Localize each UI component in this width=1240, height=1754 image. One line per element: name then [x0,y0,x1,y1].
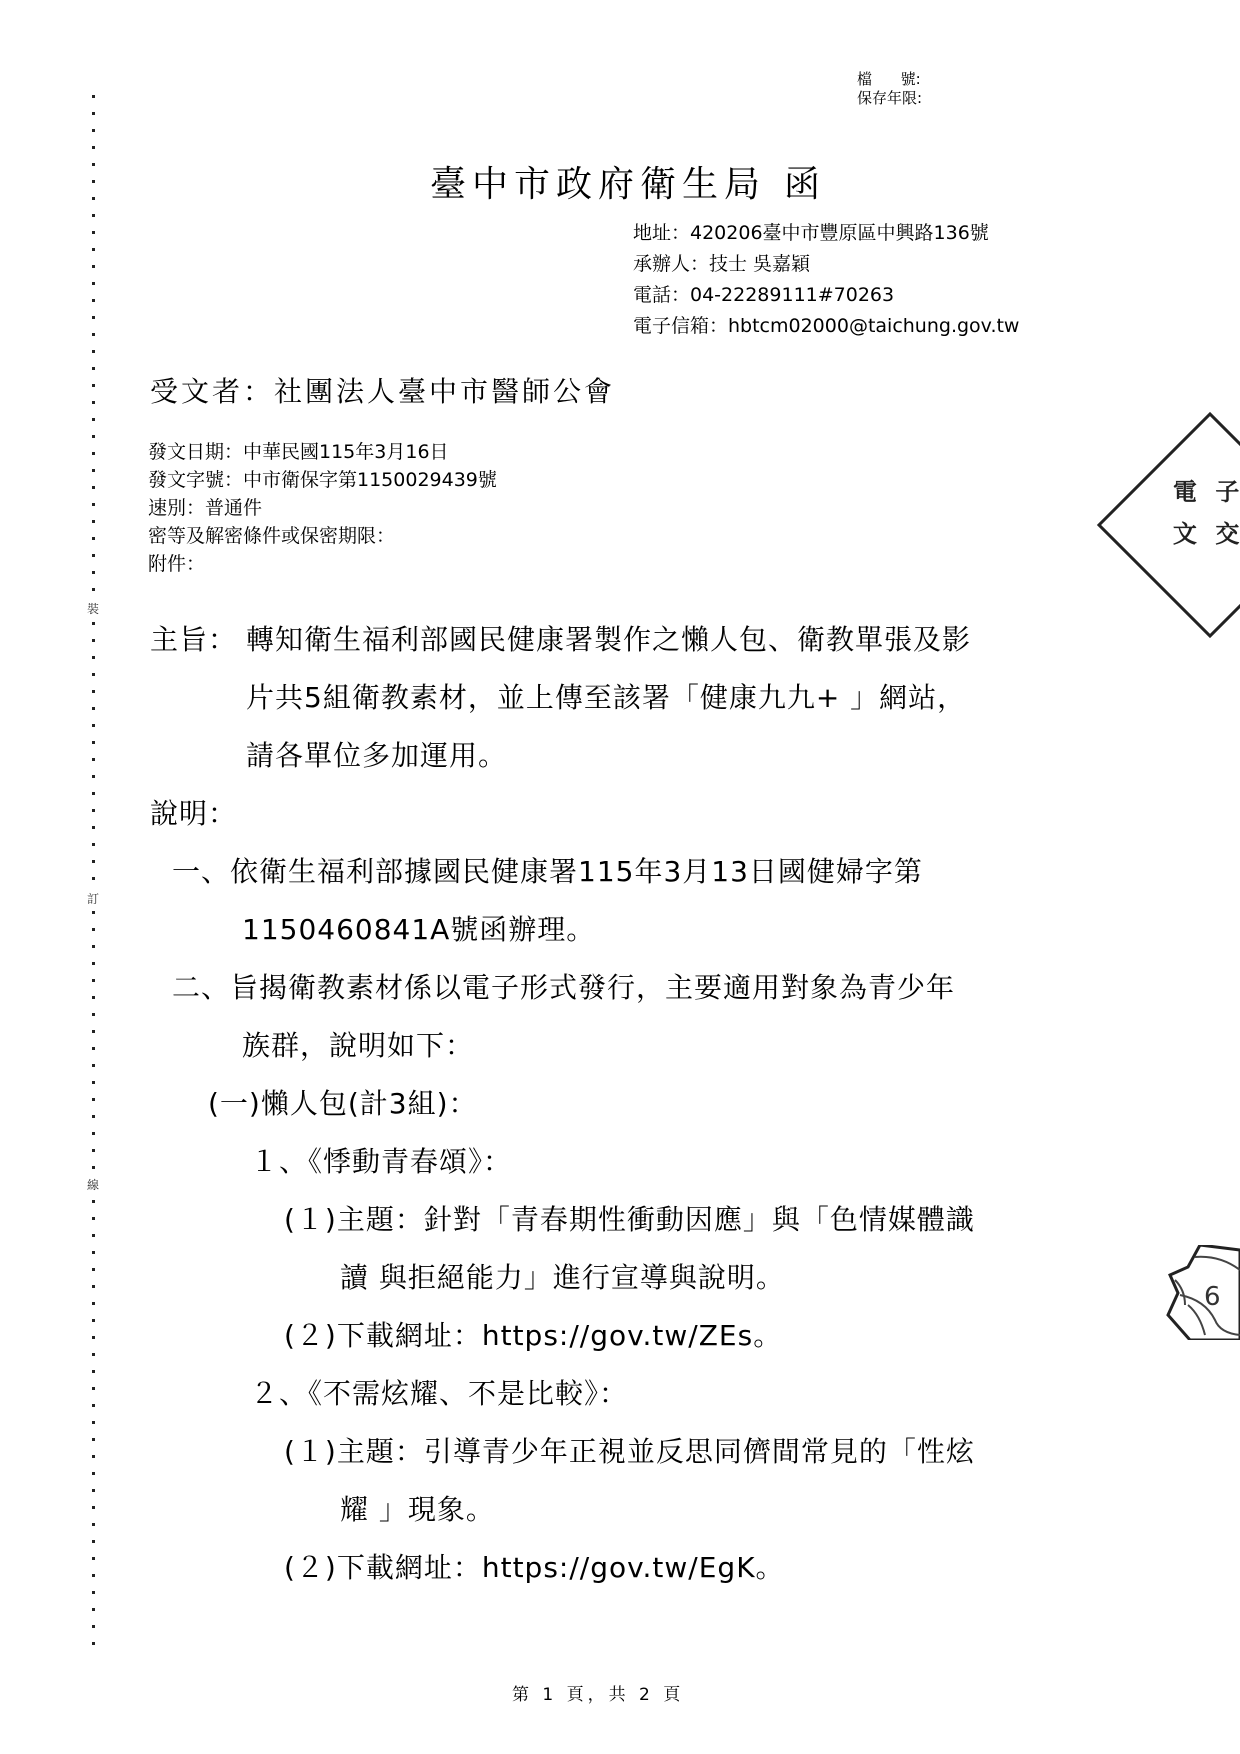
margin-dot [92,333,95,336]
margin-dot [92,1302,95,1305]
margin-dot [92,809,95,812]
margin-dot [92,1064,95,1067]
margin-dot [92,1404,95,1407]
reference-number: 發文字號：中市衛保字第1150029439號 [148,466,497,494]
margin-dot [92,860,95,863]
margin-dot [92,826,95,829]
margin-dot [92,1421,95,1424]
margin-dot [92,1234,95,1237]
margin-dot [92,1540,95,1543]
margin-dot [92,112,95,115]
margin-dot [92,1319,95,1322]
handler: 承辦人：技士 吳嘉穎 [633,249,1019,280]
explanation-item: 1150460841A號函辦理。 [242,908,595,948]
margin-dot [92,129,95,132]
package-theme: 讀 與拒絕能力」進行宣導與說明。 [340,1256,785,1296]
margin-dot [92,1642,95,1645]
margin-dot [92,996,95,999]
margin-dot [92,673,95,676]
confidentiality: 密等及解密條件或保密期限： [148,522,497,550]
margin-dot [92,1166,95,1169]
margin-dot [92,911,95,914]
margin-dot [92,214,95,217]
margin-dot [92,1438,95,1441]
margin-dot [92,95,95,98]
margin-dot [92,962,95,965]
margin-label-line: 線 [87,1178,99,1192]
margin-dot [92,1370,95,1373]
margin-dot [92,469,95,472]
margin-dot [92,707,95,710]
explanation-item: 二、旨揭衛教素材係以電子形式發行，主要適用對象為青少年 [172,966,955,1006]
margin-dot [92,724,95,727]
margin-dot [92,435,95,438]
margin-dot [92,367,95,370]
package-title: ２、《不需炫耀、不是比較》： [250,1372,628,1412]
margin-dot [92,1353,95,1356]
margin-dot [92,384,95,387]
margin-dot [92,1472,95,1475]
seal-char: 文 [1173,514,1197,549]
sub-heading: (一)懶人包(計3組)： [208,1082,478,1122]
address: 地址：420206臺中市豐原區中興路136號 [633,218,1019,249]
electronic-seal-stamp: 電 子 文 交 [1097,412,1240,638]
margin-dot [92,350,95,353]
svg-text:6: 6 [1204,1282,1221,1312]
attachments: 附件： [148,550,497,578]
margin-dot [92,146,95,149]
margin-dot [92,197,95,200]
margin-dot [92,758,95,761]
margin-dot [92,928,95,931]
margin-dot [92,1506,95,1509]
package-theme: 耀 」現象。 [340,1488,495,1528]
margin-dot [92,1098,95,1101]
margin-dot [92,401,95,404]
margin-dot [92,690,95,693]
file-info: 檔 號: 保存年限: [857,70,922,108]
margin-dot [92,1285,95,1288]
page-title: 臺中市政府衛生局函 [430,156,826,207]
margin-dot [92,775,95,778]
subject-line: 片共5組衛教素材，並上傳至該署「健康九九+ 」網站， [246,676,966,716]
margin-dot [92,622,95,625]
margin-dot [92,180,95,183]
margin-dot [92,248,95,251]
agency-name: 臺中市政府衛生局 [430,164,766,205]
margin-label-bind: 裝 [87,602,99,616]
margin-dot [92,316,95,319]
package-theme: (１)主題：引導青少年正視並反思同儕間常見的「性炫 [284,1430,975,1470]
margin-dot [92,1557,95,1560]
margin-dot [92,843,95,846]
seal-char: 電 [1173,472,1197,507]
page-seam-seal-icon: 6 [1160,1245,1240,1340]
margin-dot [92,588,95,591]
margin-dot [92,231,95,234]
explanation-label: 說明： [150,792,237,832]
margin-dot [92,1030,95,1033]
margin-dot [92,418,95,421]
phone: 電話：04-22289111#70263 [633,280,1019,311]
margin-dot [92,520,95,523]
priority: 速別：普通件 [148,494,497,522]
margin-dot [92,1047,95,1050]
margin-dot [92,656,95,659]
margin-dot [92,1081,95,1084]
margin-dot [92,1217,95,1220]
margin-dot [92,1268,95,1271]
seal-char: 交 [1215,514,1239,549]
margin-dot [92,1591,95,1594]
page-number: 第 1 頁，共 2 頁 [512,1680,684,1705]
issue-date: 發文日期：中華民國115年3月16日 [148,438,497,466]
margin-dot [92,979,95,982]
margin-dot [92,1115,95,1118]
margin-dot [92,1200,95,1203]
margin-dot [92,1523,95,1526]
margin-dot [92,1336,95,1339]
margin-dot [92,1455,95,1458]
subject-label: 主旨： [150,618,237,658]
margin-dot [92,741,95,744]
binding-margin: 裝 訂 線 [87,95,101,1695]
seal-char: 子 [1215,472,1239,507]
margin-dot [92,1013,95,1016]
margin-dot [92,1574,95,1577]
margin-label-staple: 訂 [87,892,99,906]
margin-dot [92,792,95,795]
recipient: 受文者：社團法人臺中市醫師公會 [150,370,615,410]
margin-dot [92,1608,95,1611]
margin-dot [92,503,95,506]
contact-block: 地址：420206臺中市豐原區中興路136號 承辦人：技士 吳嘉穎 電話：04-… [633,218,1019,342]
margin-dot [92,1625,95,1628]
margin-dot [92,877,95,880]
margin-dot [92,1387,95,1390]
subject-line: 轉知衛生福利部國民健康署製作之懶人包、衛教單張及影 [246,618,971,658]
package-url[interactable]: (２)下載網址：https://gov.tw/ZEs。 [284,1314,782,1354]
margin-dot [92,945,95,948]
margin-dot [92,163,95,166]
file-number-label: 檔 號: [857,70,922,89]
explanation-item: 一、依衛生福利部據國民健康署115年3月13日國健婦字第 [172,850,923,890]
document-meta: 發文日期：中華民國115年3月16日 發文字號：中市衛保字第1150029439… [148,438,497,578]
margin-dot [92,554,95,557]
margin-dot [92,537,95,540]
explanation-item: 族群，說明如下： [242,1024,474,1064]
doc-type: 函 [784,164,826,205]
package-title: １、《悸動青春頌》： [250,1140,512,1180]
margin-dot [92,486,95,489]
margin-dot [92,1149,95,1152]
subject-line: 請各單位多加運用。 [246,734,507,774]
package-url[interactable]: (２)下載網址：https://gov.tw/EgK。 [284,1546,785,1586]
margin-dot [92,571,95,574]
retention-label: 保存年限: [857,89,922,108]
email: 電子信箱：hbtcm02000@taichung.gov.tw [633,311,1019,342]
margin-dot [92,1489,95,1492]
margin-dot [92,1251,95,1254]
package-theme: (１)主題：針對「青春期性衝動因應」與「色情媒體識 [284,1198,975,1238]
margin-dot [92,265,95,268]
margin-dot [92,452,95,455]
margin-dot [92,299,95,302]
margin-dot [92,639,95,642]
margin-dot [92,282,95,285]
margin-dot [92,1132,95,1135]
